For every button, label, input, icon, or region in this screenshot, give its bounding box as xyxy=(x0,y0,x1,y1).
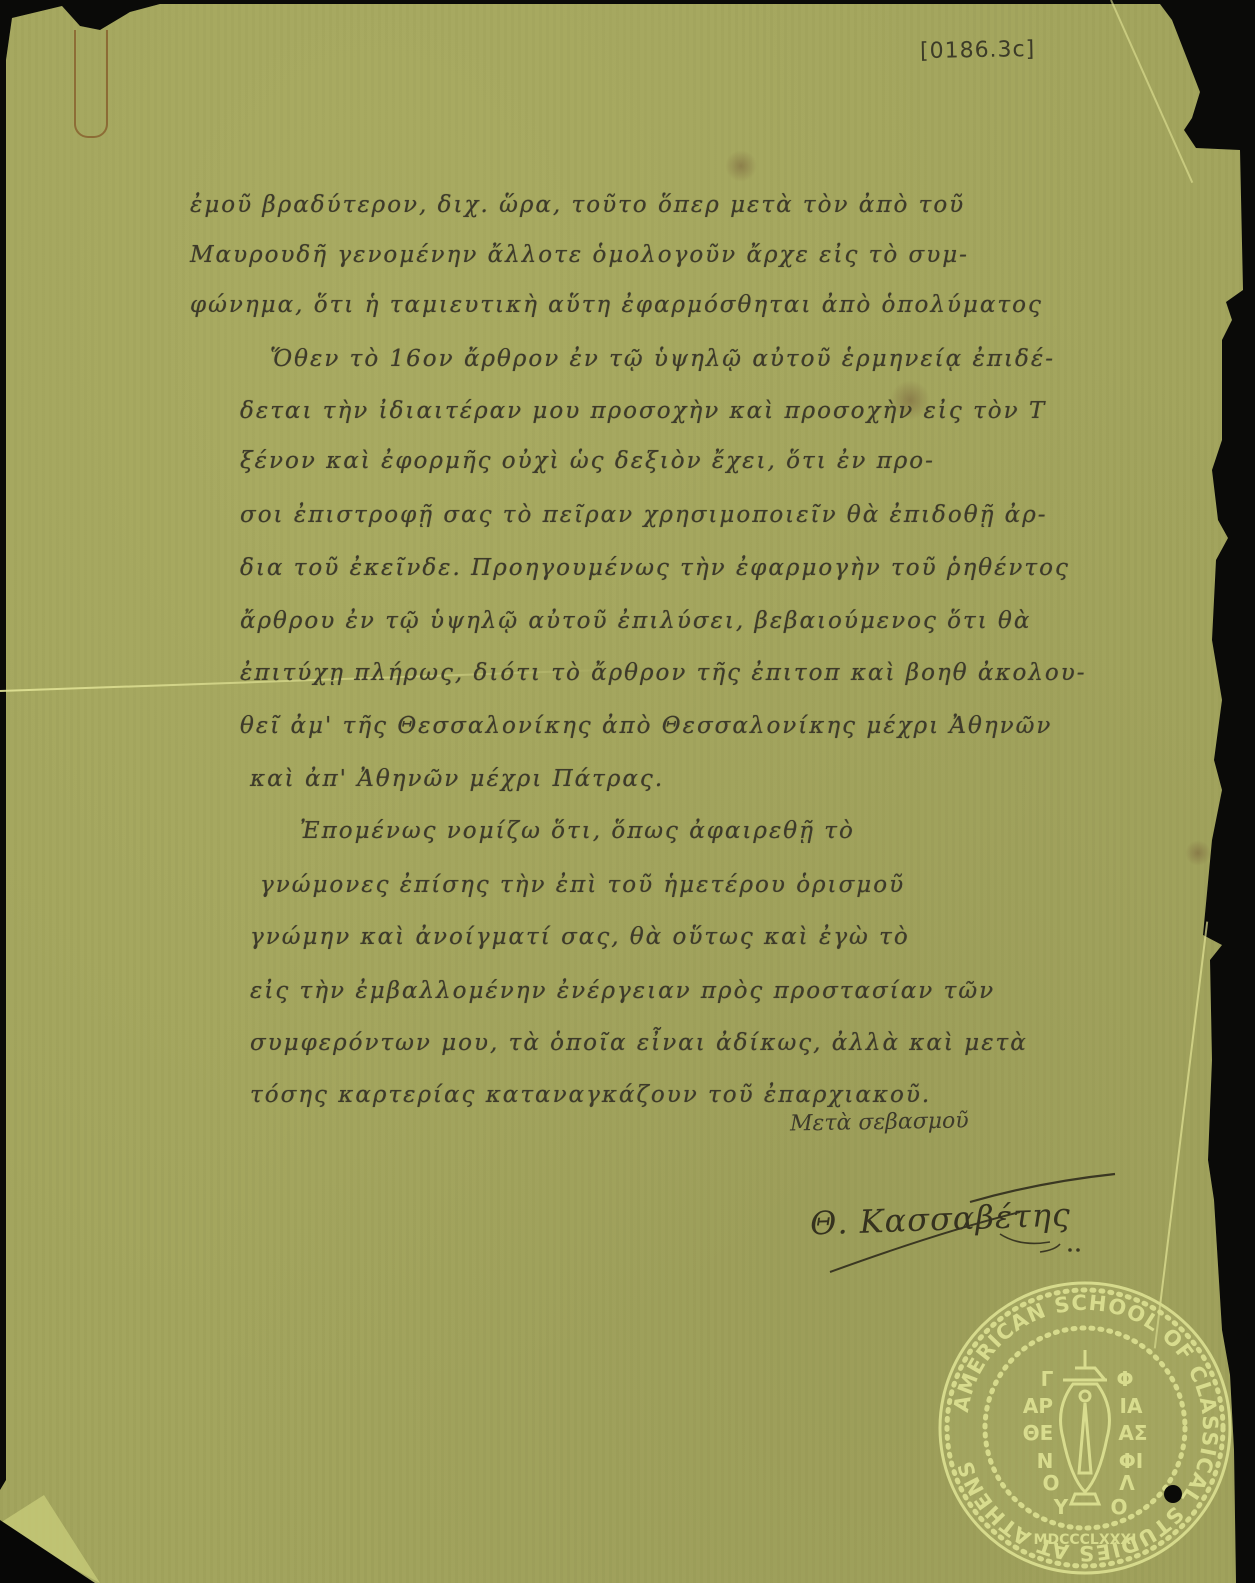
svg-text:Ο: Ο xyxy=(1110,1495,1127,1519)
paper-hole xyxy=(1164,1485,1182,1503)
handwritten-line: τόσης καρτερίας καταναγκάζουν τοῦ ἐπαρχι… xyxy=(250,1082,931,1108)
svg-text:ΘΕ: ΘΕ xyxy=(1023,1421,1054,1445)
ink-stain xyxy=(1185,840,1211,866)
svg-text:ΑΡ: ΑΡ xyxy=(1023,1394,1053,1418)
handwritten-line: Μαυρουδῆ γενομένην ἄλλοτε ὁμολογοῦν ἄρχε… xyxy=(190,242,969,268)
handwritten-line: εἰς τὴν ἐμβαλλομένην ἐνέργειαν πρὸς προσ… xyxy=(250,978,995,1004)
embossed-seal: AMERICAN SCHOOL OF CLASSICAL STUDIES AT … xyxy=(935,1278,1235,1578)
seal-year: MDCCCLXXXI xyxy=(1034,1532,1137,1548)
svg-text:Γ: Γ xyxy=(1041,1367,1054,1391)
ink-stain xyxy=(725,150,757,182)
handwritten-line: θεῖ ἀμ' τῆς Θεσσαλονίκης ἀπὸ Θεσσαλονίκη… xyxy=(240,713,1052,739)
closing-salutation: Μετὰ σεβασμοῦ xyxy=(790,1108,969,1136)
staple-mark xyxy=(74,30,108,138)
svg-text:Ν: Ν xyxy=(1037,1449,1054,1473)
svg-text:ΑΣ: ΑΣ xyxy=(1118,1421,1147,1445)
svg-text:Φ: Φ xyxy=(1116,1367,1133,1391)
svg-text:Υ: Υ xyxy=(1053,1495,1069,1519)
handwritten-line: καὶ ἀπ' Ἀθηνῶν μέχρι Πάτρας. xyxy=(250,766,664,792)
handwritten-line: ἐπιτύχῃ πλήρως, διότι τὸ ἄρθρον τῆς ἐπιτ… xyxy=(240,660,1087,686)
archive-reference-number: [0186.3c] xyxy=(920,37,1036,64)
handwritten-line: ἄρθρου ἐν τῷ ὑψηλῷ αὐτοῦ ἐπιλύσει, βεβαι… xyxy=(240,608,1031,634)
handwritten-line: Ὅθεν τὸ 16ον ἄρθρον ἐν τῷ ὑψηλῷ αὐτοῦ ἑρ… xyxy=(270,346,1055,372)
handwritten-line: Ἐπομένως νομίζω ὅτι, ὅπως ἀφαιρεθῇ τὸ xyxy=(300,818,855,844)
handwritten-line: συμφερόντων μου, τὰ ὁποῖα εἶναι ἀδίκως, … xyxy=(250,1030,1028,1056)
handwritten-line: δεται τὴν ἰδιαιτέραν μου προσοχὴν καὶ πρ… xyxy=(240,398,1046,424)
handwritten-line: φώνημα, ὅτι ἡ ταμιευτικὴ αὕτη ἐφαρμόσθητ… xyxy=(190,292,1043,318)
handwritten-line: γνώμην καὶ ἀνοίγματί σας, θὰ οὕτως καὶ ἐ… xyxy=(250,924,910,950)
svg-text:ΙΑ: ΙΑ xyxy=(1120,1394,1143,1418)
handwritten-line: ἐμοῦ βραδύτερον, διχ. ὥρα, τοῦτο ὅπερ με… xyxy=(190,192,965,218)
handwritten-line: γνώμονες ἐπίσης τὴν ἐπὶ τοῦ ἡμετέρου ὁρι… xyxy=(260,872,905,898)
svg-text:Λ: Λ xyxy=(1119,1471,1135,1495)
handwritten-line: ξένον καὶ ἐφορμῆς οὐχὶ ὡς δεξιὸν ἔχει, ὅ… xyxy=(240,448,935,474)
handwritten-line: δια τοῦ ἐκεῖνδε. Προηγουμένως τὴν ἐφαρμο… xyxy=(240,555,1070,581)
svg-text:Ο: Ο xyxy=(1042,1471,1059,1495)
handwritten-line: σοι ἐπιστροφῇ σας τὸ πεῖραν χρησιμοποιεῖ… xyxy=(240,502,1047,528)
svg-text:ΦΙ: ΦΙ xyxy=(1119,1449,1143,1473)
